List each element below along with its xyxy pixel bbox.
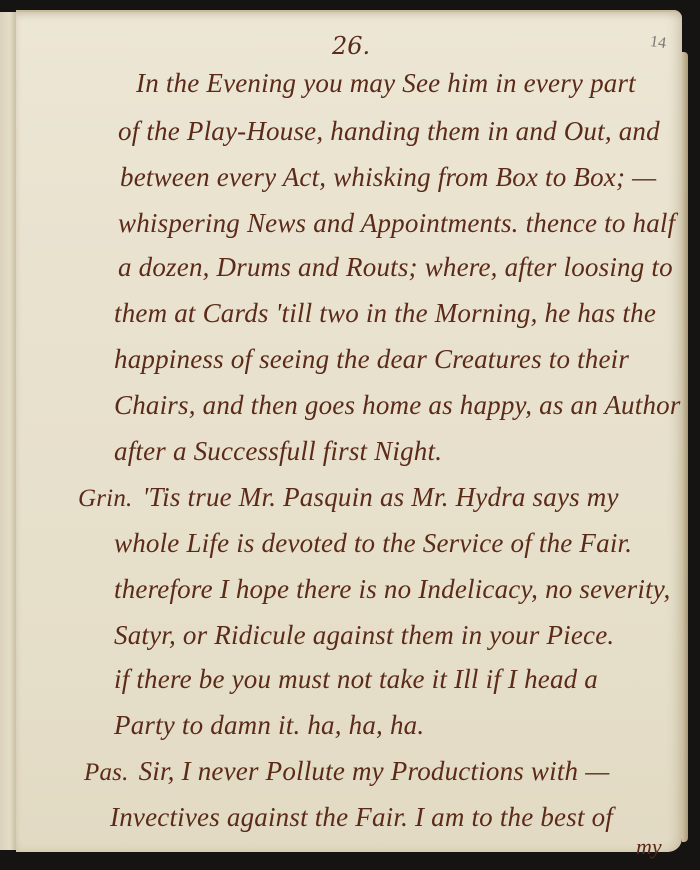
text-line: therefore I hope there is no Indelicacy,… bbox=[114, 574, 670, 605]
page-edge bbox=[682, 52, 688, 842]
text-line: after a Successfull first Night. bbox=[114, 436, 442, 467]
line-text: between every Act, whisking from Box to … bbox=[120, 162, 656, 192]
text-line: of the Play-House, handing them in and O… bbox=[118, 116, 660, 147]
line-text: whispering News and Appointments. thence… bbox=[118, 208, 675, 238]
line-text: Satyr, or Ridicule against them in your … bbox=[114, 620, 614, 650]
manuscript-page: 26. 14 In the Evening you may See him in… bbox=[16, 10, 682, 852]
speech-line: Grin.'Tis true Mr. Pasquin as Mr. Hydra … bbox=[78, 482, 619, 513]
text-line: whispering News and Appointments. thence… bbox=[118, 208, 675, 239]
text-line: In the Evening you may See him in every … bbox=[136, 68, 636, 99]
text-line: Chairs, and then goes home as happy, as … bbox=[114, 390, 681, 421]
text-line: a dozen, Drums and Routs; where, after l… bbox=[118, 252, 673, 283]
manuscript-viewer: 26. 14 In the Evening you may See him in… bbox=[0, 0, 700, 870]
line-text: after a Successfull first Night. bbox=[114, 436, 442, 466]
text-line: them at Cards 'till two in the Morning, … bbox=[114, 298, 656, 329]
line-text: a dozen, Drums and Routs; where, after l… bbox=[118, 252, 673, 282]
line-text: Sir, I never Pollute my Productions with… bbox=[139, 756, 610, 786]
text-line: whole Life is devoted to the Service of … bbox=[114, 528, 632, 559]
line-text: whole Life is devoted to the Service of … bbox=[114, 528, 632, 558]
speaker-label: Grin. bbox=[78, 485, 132, 512]
page-number: 26. bbox=[332, 32, 370, 60]
previous-page-edge bbox=[0, 12, 17, 850]
speaker-label: Pas. bbox=[84, 759, 129, 786]
folio-number: 14 bbox=[649, 33, 667, 53]
line-text: Party to damn it. ha, ha, ha. bbox=[114, 710, 424, 740]
line-text: 'Tis true Mr. Pasquin as Mr. Hydra says … bbox=[142, 482, 618, 512]
text-line: if there be you must not take it Ill if … bbox=[114, 664, 598, 695]
text-line: Invectives against the Fair. I am to the… bbox=[110, 802, 613, 833]
line-text: In the Evening you may See him in every … bbox=[136, 68, 636, 98]
line-text: happiness of seeing the dear Creatures t… bbox=[114, 344, 629, 374]
line-text: if there be you must not take it Ill if … bbox=[114, 664, 598, 694]
line-text: Invectives against the Fair. I am to the… bbox=[110, 802, 613, 832]
speech-line: Pas.Sir, I never Pollute my Productions … bbox=[84, 756, 609, 787]
text-line: Satyr, or Ridicule against them in your … bbox=[114, 620, 614, 651]
line-text: of the Play-House, handing them in and O… bbox=[118, 116, 660, 146]
text-line: happiness of seeing the dear Creatures t… bbox=[114, 344, 629, 375]
line-text: therefore I hope there is no Indelicacy,… bbox=[114, 574, 670, 604]
text-line: between every Act, whisking from Box to … bbox=[120, 162, 656, 193]
catchword: my bbox=[636, 834, 662, 860]
line-text: them at Cards 'till two in the Morning, … bbox=[114, 298, 656, 328]
text-line: Party to damn it. ha, ha, ha. bbox=[114, 710, 424, 741]
line-text: Chairs, and then goes home as happy, as … bbox=[114, 390, 681, 420]
